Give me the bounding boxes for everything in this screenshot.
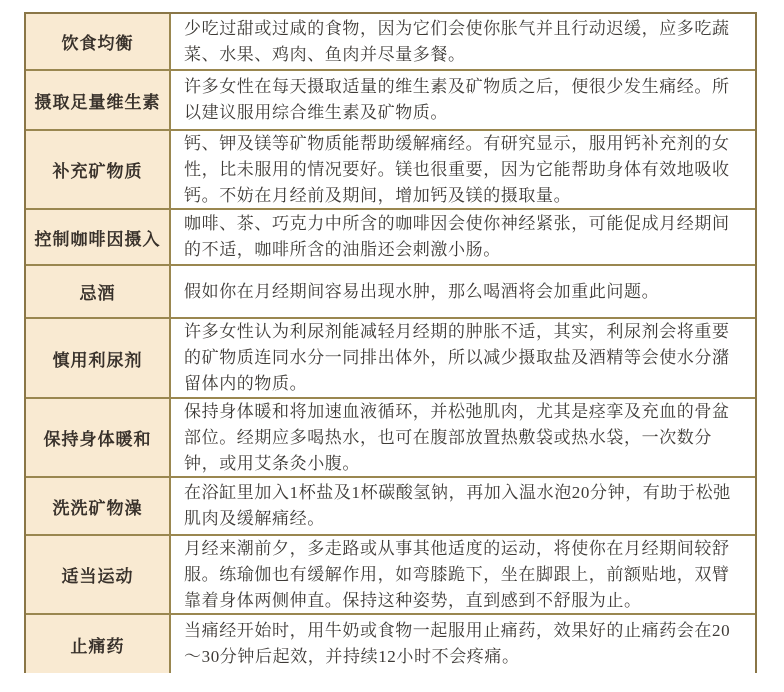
- row-body-text: 少吃过甜或过咸的食物，因为它们会使你胀气并且行动迟缓，应多吃蔬菜、水果、鸡肉、鱼…: [184, 16, 745, 68]
- table-row: 保持身体暖和 保持身体暖和将加速血液循环，并松弛肌肉，尤其是痉挛及充血的骨盆部位…: [26, 399, 755, 478]
- row-body-cell: 假如你在月经期间容易出现水肿，那么喝酒将会加重此问题。: [171, 266, 755, 317]
- row-header-cell: 适当运动: [26, 536, 171, 613]
- row-header-cell: 忌酒: [26, 266, 171, 317]
- table-row: 适当运动 月经来潮前夕，多走路或从事其他适度的运动，将使你在月经期间较舒服。练瑜…: [26, 536, 755, 615]
- row-body-cell: 保持身体暖和将加速血液循环，并松弛肌肉，尤其是痉挛及充血的骨盆部位。经期应多喝热…: [171, 399, 755, 476]
- row-header-cell: 补充矿物质: [26, 131, 171, 208]
- row-header-cell: 控制咖啡因摄入: [26, 210, 171, 264]
- row-body-cell: 许多女性在每天摄取适量的维生素及矿物质之后，便很少发生痛经。所以建议服用综合维生…: [171, 71, 755, 129]
- table-row: 慎用利尿剂 许多女性认为利尿剂能减轻月经期的肿胀不适，其实，利尿剂会将重要的矿物…: [26, 319, 755, 399]
- table-row: 摄取足量维生素 许多女性在每天摄取适量的维生素及矿物质之后，便很少发生痛经。所以…: [26, 71, 755, 131]
- row-header-cell: 洗洗矿物澡: [26, 478, 171, 534]
- row-body-text: 月经来潮前夕，多走路或从事其他适度的运动，将使你在月经期间较舒服。练瑜伽也有缓解…: [184, 536, 745, 614]
- row-body-cell: 少吃过甜或过咸的食物，因为它们会使你胀气并且行动迟缓，应多吃蔬菜、水果、鸡肉、鱼…: [171, 14, 755, 69]
- row-header-cell: 饮食均衡: [26, 14, 171, 69]
- row-header-cell: 摄取足量维生素: [26, 71, 171, 129]
- row-body-text: 许多女性在每天摄取适量的维生素及矿物质之后，便很少发生痛经。所以建议服用综合维生…: [184, 74, 745, 126]
- table-row: 补充矿物质 钙、钾及镁等矿物质能帮助缓解痛经。有研究显示，服用钙补充剂的女性，比…: [26, 131, 755, 210]
- row-body-cell: 当痛经开始时，用牛奶或食物一起服用止痛药，效果好的止痛药会在20～30分钟后起效…: [171, 615, 755, 673]
- row-body-cell: 许多女性认为利尿剂能减轻月经期的肿胀不适，其实，利尿剂会将重要的矿物质连同水分一…: [171, 319, 755, 397]
- document-page: 饮食均衡 少吃过甜或过咸的食物，因为它们会使你胀气并且行动迟缓，应多吃蔬菜、水果…: [0, 0, 784, 692]
- row-body-text: 在浴缸里加入1杯盐及1杯碳酸氢钠，再加入温水泡20分钟，有助于松弛肌肉及缓解痛经…: [184, 480, 745, 532]
- table-row: 洗洗矿物澡 在浴缸里加入1杯盐及1杯碳酸氢钠，再加入温水泡20分钟，有助于松弛肌…: [26, 478, 755, 536]
- row-body-text: 咖啡、茶、巧克力中所含的咖啡因会使你神经紧张，可能促成月经期间的不适，咖啡所含的…: [184, 211, 745, 263]
- row-header-cell: 慎用利尿剂: [26, 319, 171, 397]
- table-row: 忌酒 假如你在月经期间容易出现水肿，那么喝酒将会加重此问题。: [26, 266, 755, 319]
- table-row: 饮食均衡 少吃过甜或过咸的食物，因为它们会使你胀气并且行动迟缓，应多吃蔬菜、水果…: [26, 14, 755, 71]
- row-header-cell: 保持身体暖和: [26, 399, 171, 476]
- table-row: 止痛药 当痛经开始时，用牛奶或食物一起服用止痛药，效果好的止痛药会在20～30分…: [26, 615, 755, 673]
- row-body-cell: 月经来潮前夕，多走路或从事其他适度的运动，将使你在月经期间较舒服。练瑜伽也有缓解…: [171, 536, 755, 613]
- row-body-text: 假如你在月经期间容易出现水肿，那么喝酒将会加重此问题。: [184, 279, 659, 305]
- row-body-cell: 钙、钾及镁等矿物质能帮助缓解痛经。有研究显示，服用钙补充剂的女性，比未服用的情况…: [171, 131, 755, 208]
- row-body-text: 许多女性认为利尿剂能减轻月经期的肿胀不适，其实，利尿剂会将重要的矿物质连同水分一…: [184, 319, 745, 397]
- row-body-text: 当痛经开始时，用牛奶或食物一起服用止痛药，效果好的止痛药会在20～30分钟后起效…: [184, 618, 745, 670]
- tips-table: 饮食均衡 少吃过甜或过咸的食物，因为它们会使你胀气并且行动迟缓，应多吃蔬菜、水果…: [24, 12, 757, 673]
- table-row: 控制咖啡因摄入 咖啡、茶、巧克力中所含的咖啡因会使你神经紧张，可能促成月经期间的…: [26, 210, 755, 266]
- row-body-cell: 在浴缸里加入1杯盐及1杯碳酸氢钠，再加入温水泡20分钟，有助于松弛肌肉及缓解痛经…: [171, 478, 755, 534]
- row-body-cell: 咖啡、茶、巧克力中所含的咖啡因会使你神经紧张，可能促成月经期间的不适，咖啡所含的…: [171, 210, 755, 264]
- row-body-text: 保持身体暖和将加速血液循环，并松弛肌肉，尤其是痉挛及充血的骨盆部位。经期应多喝热…: [184, 399, 745, 477]
- row-body-text: 钙、钾及镁等矿物质能帮助缓解痛经。有研究显示，服用钙补充剂的女性，比未服用的情况…: [184, 131, 745, 209]
- row-header-cell: 止痛药: [26, 615, 171, 673]
